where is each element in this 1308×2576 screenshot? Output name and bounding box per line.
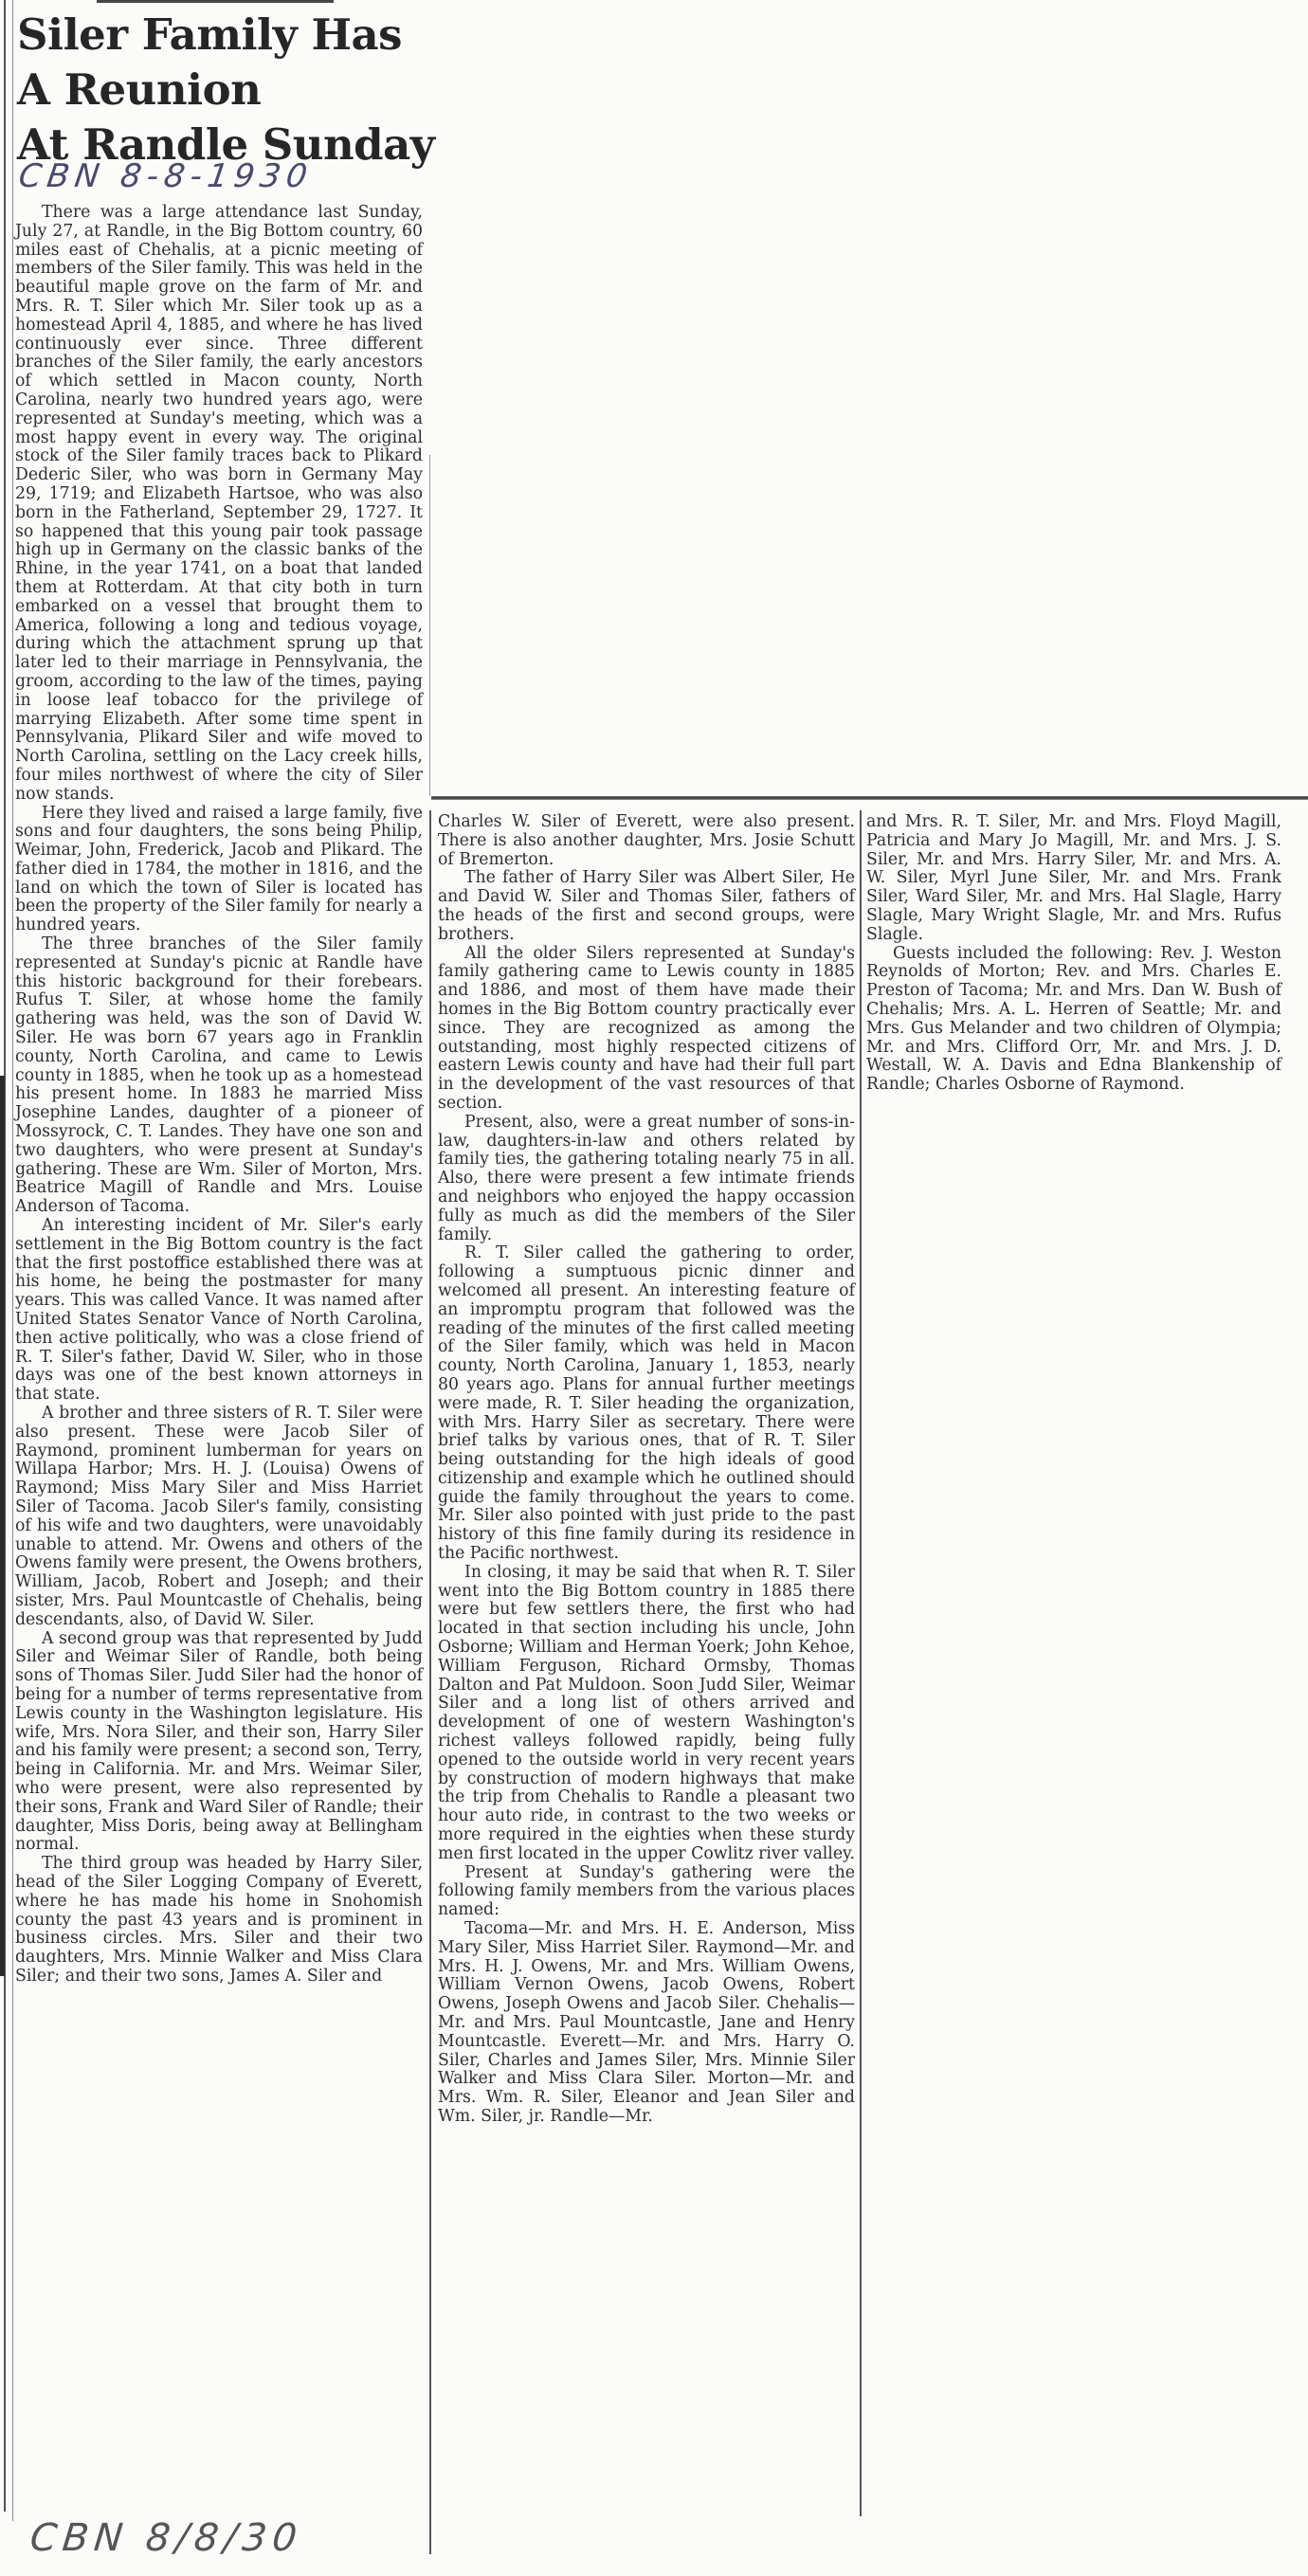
paragraph: Guests included the following: Rev. J. W… [866, 945, 1281, 1095]
headline: Siler Family Has A Reunion At Randle Sun… [17, 8, 415, 172]
paragraph: All the older Silers represented at Sund… [438, 945, 855, 1114]
paragraph: Present at Sunday's gathering were the f… [438, 1864, 855, 1920]
paragraph: Tacoma—Mr. and Mrs. H. E. Anderson, Miss… [438, 1920, 855, 2127]
article-column-3: and Mrs. R. T. Siler, Mr. and Mrs. Floyd… [866, 813, 1281, 1095]
paragraph: R. T. Siler called the gathering to orde… [438, 1244, 855, 1564]
handwritten-source-note: CBN 8-8-1930 [16, 157, 315, 195]
horizontal-rule [431, 796, 1308, 800]
handwritten-date-note: CBN 8/8/30 [28, 2516, 305, 2560]
paragraph: The father of Harry Siler was Albert Sil… [438, 869, 855, 944]
paragraph: In closing, it may be said that when R. … [438, 1564, 855, 1864]
newspaper-clipping: Siler Family Has A Reunion At Randle Sun… [0, 0, 1308, 2576]
paragraph: An interesting incident of Mr. Siler's e… [15, 1217, 423, 1405]
paragraph: Present, also, were a great number of so… [438, 1114, 855, 1245]
column-divider [860, 810, 862, 2516]
column-divider [429, 455, 430, 796]
article-column-1: There was a large attendance last Sunday… [15, 204, 423, 1986]
paragraph: A second group was that represented by J… [15, 1630, 423, 1856]
column-divider [429, 810, 431, 2554]
top-rule [97, 0, 334, 3]
paragraph: Here they lived and raised a large famil… [15, 805, 423, 936]
paragraph: and Mrs. R. T. Siler, Mr. and Mrs. Floyd… [866, 813, 1281, 945]
scan-edge-shadow [0, 1076, 5, 1976]
paragraph: The three branches of the Siler family r… [15, 935, 423, 1217]
headline-line: Siler Family Has [17, 8, 415, 63]
paragraph: Charles W. Siler of Everett, were also p… [438, 813, 855, 869]
paragraph: The third group was headed by Harry Sile… [15, 1855, 423, 1986]
column-border [12, 0, 13, 2521]
headline-line: A Reunion [17, 63, 415, 118]
paragraph: A brother and three sisters of R. T. Sil… [15, 1405, 423, 1630]
paragraph: There was a large attendance last Sunday… [15, 204, 423, 805]
article-column-2: Charles W. Siler of Everett, were also p… [438, 813, 855, 2127]
